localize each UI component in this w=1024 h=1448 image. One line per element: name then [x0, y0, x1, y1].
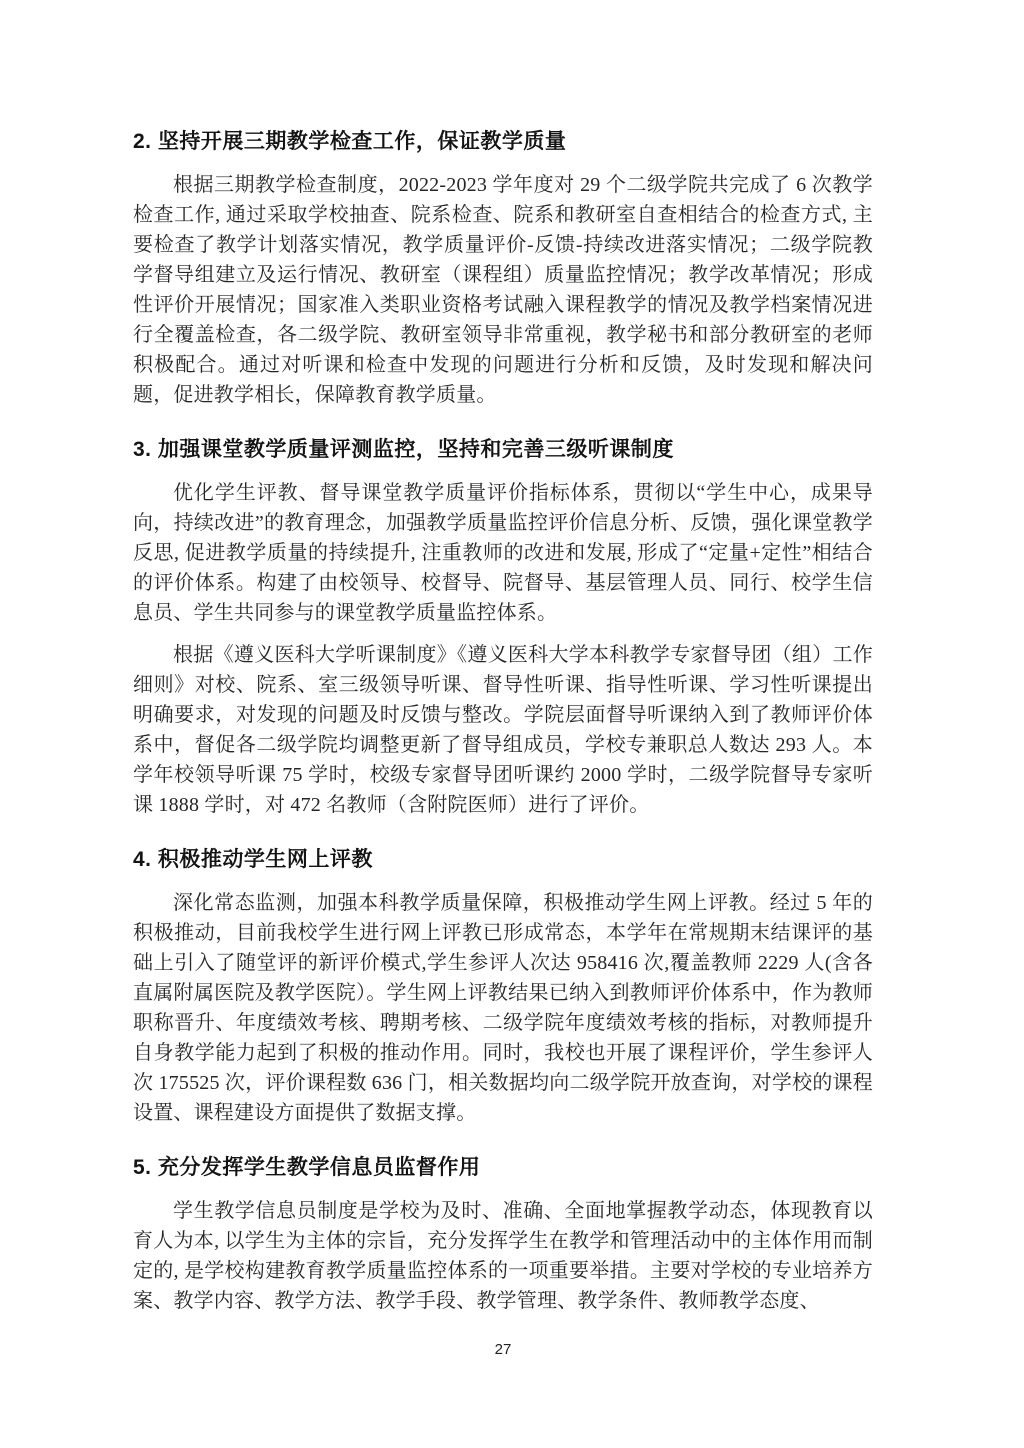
document-page: 2. 坚持开展三期教学检查工作，保证教学质量 根据三期教学检查制度，2022-2… [0, 0, 1024, 1448]
body-paragraph: 根据三期教学检查制度，2022-2023 学年度对 29 个二级学院共完成了 6… [133, 170, 873, 410]
body-paragraph: 优化学生评教、督导课堂教学质量评价指标体系，贯彻以“学生中心，成果导向，持续改进… [133, 478, 873, 628]
body-paragraph: 根据《遵义医科大学听课制度》《遵义医科大学本科教学专家督导团（组）工作细则》对校… [133, 640, 873, 820]
section-heading-3: 3. 加强课堂教学质量评测监控，坚持和完善三级听课制度 [133, 436, 873, 464]
section-heading-4: 4. 积极推动学生网上评教 [133, 846, 873, 874]
section-heading-2: 2. 坚持开展三期教学检查工作，保证教学质量 [133, 128, 873, 156]
body-paragraph: 深化常态监测，加强本科教学质量保障，积极推动学生网上评教。经过 5 年的积极推动… [133, 888, 873, 1128]
page-number: 27 [133, 1340, 873, 1360]
section-heading-5: 5. 充分发挥学生教学信息员监督作用 [133, 1154, 873, 1182]
body-paragraph: 学生教学信息员制度是学校为及时、准确、全面地掌握教学动态，体现教育以育人为本, … [133, 1196, 873, 1316]
